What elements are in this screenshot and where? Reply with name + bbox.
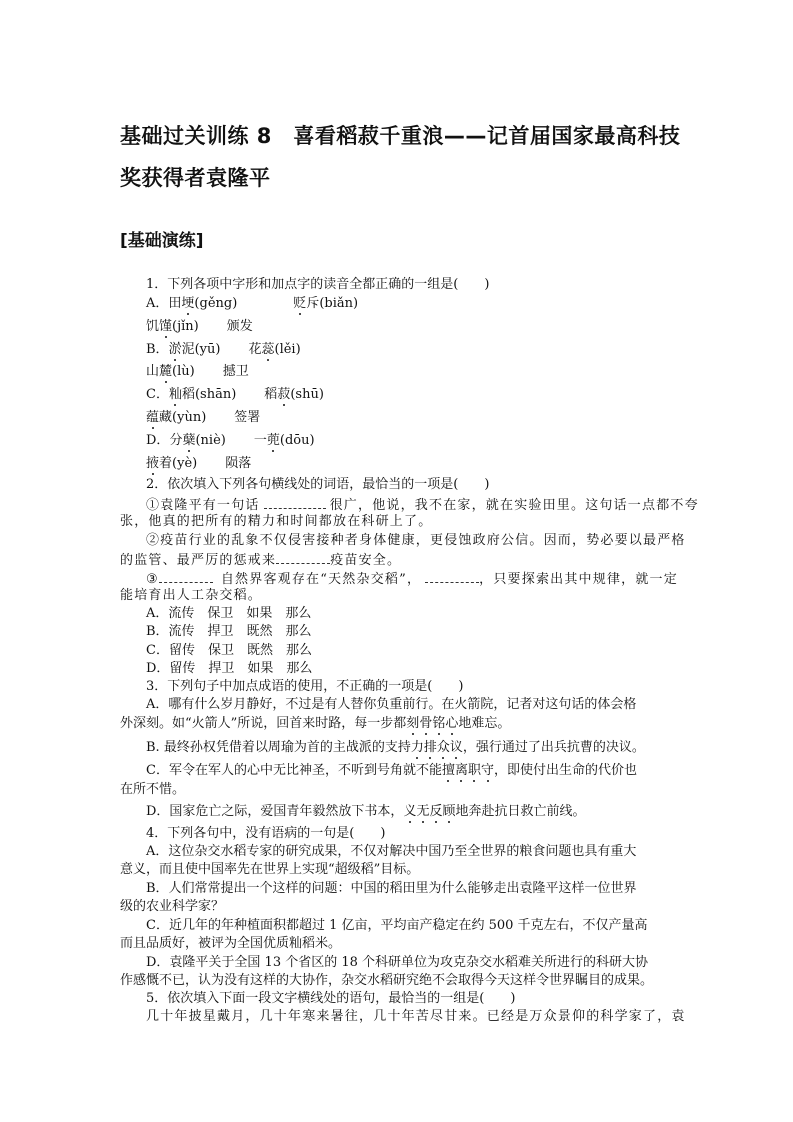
fill-blank (264, 496, 326, 509)
q1-stem: 1．下列各项中字形和加点字的读音全都正确的一组是( ) (146, 277, 489, 293)
sentence-text: C．军令在军人的心中无比神圣，不听到号角就不能 (146, 763, 442, 778)
q3-option-c-line1: C．军令在军人的心中无比神圣，不听到号角就不能擅离职守，即使付出生命的代价也 (146, 763, 637, 779)
sentence-text: 地难忘。 (458, 716, 510, 731)
dotted-idiom: 刻骨铭心 (406, 716, 458, 731)
document-title-line-2: 奖获得者袁隆平 (120, 162, 680, 192)
dotted-char: 籼 (169, 387, 182, 402)
pinyin: (shān) (195, 387, 236, 402)
pinyin: (yùn) (172, 410, 206, 425)
word-text: 田 (168, 296, 181, 311)
fill-blank (425, 570, 479, 583)
word-text: 山 (146, 364, 159, 379)
dotted-char: 蕴 (146, 410, 159, 425)
q4-option-b-line2: 级的农业科学家？ (120, 899, 224, 915)
pinyin: (shū) (290, 387, 324, 402)
pinyin: (dōu) (280, 433, 315, 448)
dotted-char: 菽 (277, 387, 290, 402)
q3-option-a-line1: A．哪有什么岁月静好，不过是有人替你负重前行。在火箭院，记者对这句话的体会格 (146, 697, 636, 713)
dotted-char: 掖 (146, 456, 159, 471)
q4-option-d-line1: D．袁隆平关于全国 13 个省区的 18 个科研单位为攻克杂交水稻难关所进行的科… (146, 955, 648, 971)
q4-option-a-line2: 意义，而且使中国率先在世界上实现“超级稻”目标。 (120, 862, 419, 878)
sentence-text: ，即使付出生命的代价也 (494, 763, 637, 778)
dotted-char: 埂 (181, 296, 194, 311)
q3-option-a-line2: 外深刻。如“火箭人”所说，回首来时路，每一步都刻骨铭心地难忘。 (120, 716, 510, 732)
q1-option-b-line1: B．淤泥(yū)花蕊(lěi) (146, 342, 301, 358)
pinyin: (jǐn) (172, 319, 199, 334)
idiom-text: 擅离职守 (442, 763, 494, 778)
q2-sentence-3-line2: 能培育出人工杂交稻。 (120, 588, 262, 604)
q2-sentence-3-line1: ③自然界客观存在“天然杂交稻”，，只要探索出其中规律，就一定 (146, 570, 678, 588)
q4-option-a-line1: A．这位杂交水稻专家的研究成果，不仅对解决中国乃至全世界的粮食问题也具有重大 (146, 844, 636, 860)
q5-stem: 5．依次填入下面一段文字横线处的语句，最恰当的一组是( ) (146, 991, 515, 1007)
sentence-text: 自然界客观存在“天然杂交稻”， (221, 572, 421, 587)
sentence-text: D．国家危亡之际，爱国青年毅然放下书本， (146, 804, 403, 819)
q5-passage-line1: 几十年披星戴月，几十年寒来暑往，几十年苦尽甘来。已经是万众景仰的科学家了，袁 (146, 1009, 686, 1025)
document-page: 基础过关训练 8 喜看稻菽千重浪——记首届国家最高科技 奖获得者袁隆平 [基础演… (0, 0, 793, 1122)
word-text: 着 (159, 456, 172, 471)
sentence-text: B. 最终孙权凭借着以周瑜为首的主战派的支持 (146, 740, 411, 755)
sentence-text: ，只要探索出其中规律，就一定 (479, 572, 678, 587)
pinyin: (lěi) (275, 342, 301, 357)
dotted-char: 蕊 (261, 342, 274, 357)
dotted-char: 贬 (293, 296, 306, 311)
q2-option-b: B．流传 捍卫 既然 那么 (146, 624, 312, 640)
q2-sentence-1-line1: ①袁隆平有一句话很广，他说，我不在家，就在实验田里。这句话一点都不夸 (146, 496, 699, 514)
option-label: A． (146, 296, 168, 311)
fill-blank (159, 570, 213, 583)
sentence-text: ①袁隆平有一句话 (146, 498, 260, 513)
dotted-char: 麓 (159, 364, 172, 379)
word-text: 颁发 (227, 319, 253, 334)
sentence-text: 的监管、最严厉的惩戒来 (120, 553, 276, 568)
idiom-text: 义无反顾 (403, 804, 455, 819)
q1-option-d-line1: D．分蘖(niè)一蔸(dōu) (146, 433, 315, 449)
section-heading: [基础演练] (120, 226, 204, 251)
pinyin: (yū) (195, 342, 221, 357)
document-title-line-1: 基础过关训练 8 喜看稻菽千重浪——记首届国家最高科技 (120, 120, 680, 150)
fill-blank (276, 551, 330, 564)
q2-option-c: C．留传 保卫 既然 那么 (146, 643, 312, 659)
pinyin: (yè) (172, 456, 197, 471)
word-text: 斥 (306, 296, 319, 311)
option-label: B． (146, 342, 169, 357)
option-label: C． (146, 387, 169, 402)
q1-option-b-line2: 山麓(lù)撼卫 (146, 364, 249, 380)
word-text: 签署 (234, 410, 260, 425)
dotted-char: 蔸 (267, 433, 280, 448)
q4-stem: 4．下列各句中，没有语病的一句是( ) (146, 826, 385, 842)
sentence-text: 很广，他说，我不在家，就在实验田里。这句话一点都不夸 (330, 498, 699, 513)
word-text: 藏 (159, 410, 172, 425)
pinyin: (biǎn) (319, 296, 358, 311)
q1-option-a-line2: 饥馑(jǐn)颁发 (146, 319, 253, 335)
word-text: 分 (169, 433, 182, 448)
q4-option-d-line2: 作感慨不已，认为没有这样的大协作，杂交水稻研究绝不会取得今天这样令世界瞩目的成果… (120, 973, 653, 989)
q2-stem: 2．依次填入下列各句横线处的词语，最恰当的一项是( ) (146, 477, 489, 493)
q2-sentence-1-line2: 张，他真的把所有的精力和时间都放在科研上了。 (120, 514, 432, 530)
q3-stem: 3．下列句子中加点成语的使用，不正确的一项是( ) (146, 679, 463, 695)
sentence-text: ，强行通过了出兵抗曹的决议。 (463, 740, 645, 755)
idiom-text: 刻骨铭心 (406, 716, 458, 731)
q4-option-b-line1: B．人们常常提出一个这样的问题：中国的稻田里为什么能够走出袁隆平这样一位世界 (146, 881, 637, 897)
q4-option-c-line2: 而且品质好，被评为全国优质籼稻米。 (120, 936, 341, 952)
pinyin: (gěng) (194, 296, 237, 311)
q1-option-c-line1: C．籼稻(shān)稻菽(shū) (146, 387, 324, 403)
dotted-char: 淤 (169, 342, 182, 357)
q1-option-a-line1: A．田埂(gěng)贬斥(biǎn) (146, 296, 358, 312)
q3-option-c-line2: 在所不惜。 (120, 782, 185, 798)
q2-sentence-2-line2: 的监管、最严厉的惩戒来疫苗安全。 (120, 551, 401, 569)
pinyin: (lù) (172, 364, 195, 379)
dotted-char: 蘖 (182, 433, 195, 448)
sentence-text: ③ (146, 572, 159, 587)
q2-sentence-2-line1: ②疫苗行业的乱象不仅侵害接种者身体健康，更侵蚀政府公信。因而，势必要以最严格 (146, 533, 686, 549)
sentence-text: 疫苗安全。 (330, 553, 401, 568)
q3-option-d: D．国家危亡之际，爱国青年毅然放下书本，义无反顾地奔赴抗日救亡前线。 (146, 804, 586, 820)
q1-option-c-line2: 蕴藏(yùn)签署 (146, 410, 260, 426)
word-text: 一 (254, 433, 267, 448)
word-text: 撼卫 (223, 364, 249, 379)
q2-option-a: A．流传 保卫 如果 那么 (146, 606, 311, 622)
q1-option-d-line2: 掖着(yè)陨落 (146, 456, 251, 472)
word-text: 稻 (264, 387, 277, 402)
q4-option-c-line1: C．近几年的年种植面积都超过 1 亿亩，平均亩产稳定在约 500 千克左右，不仅… (146, 918, 648, 934)
q3-option-b: B. 最终孙权凭借着以周瑜为首的主战派的支持力排众议，强行通过了出兵抗曹的决议。 (146, 740, 645, 756)
word-text: 泥 (182, 342, 195, 357)
word-text: 稻 (182, 387, 195, 402)
pinyin: (niè) (195, 433, 225, 448)
word-text: 饥 (146, 319, 159, 334)
word-text: 花 (248, 342, 261, 357)
dotted-char: 馑 (159, 319, 172, 334)
sentence-text: 地奔赴抗日救亡前线。 (456, 804, 586, 819)
q2-option-d: D．留传 捍卫 如果 那么 (146, 661, 312, 677)
word-text: 陨落 (225, 456, 251, 471)
option-label: D． (146, 433, 169, 448)
sentence-text: 外深刻。如“火箭人”所说，回首来时路，每一步都 (120, 716, 406, 731)
idiom-text: 力排众议 (411, 740, 463, 755)
